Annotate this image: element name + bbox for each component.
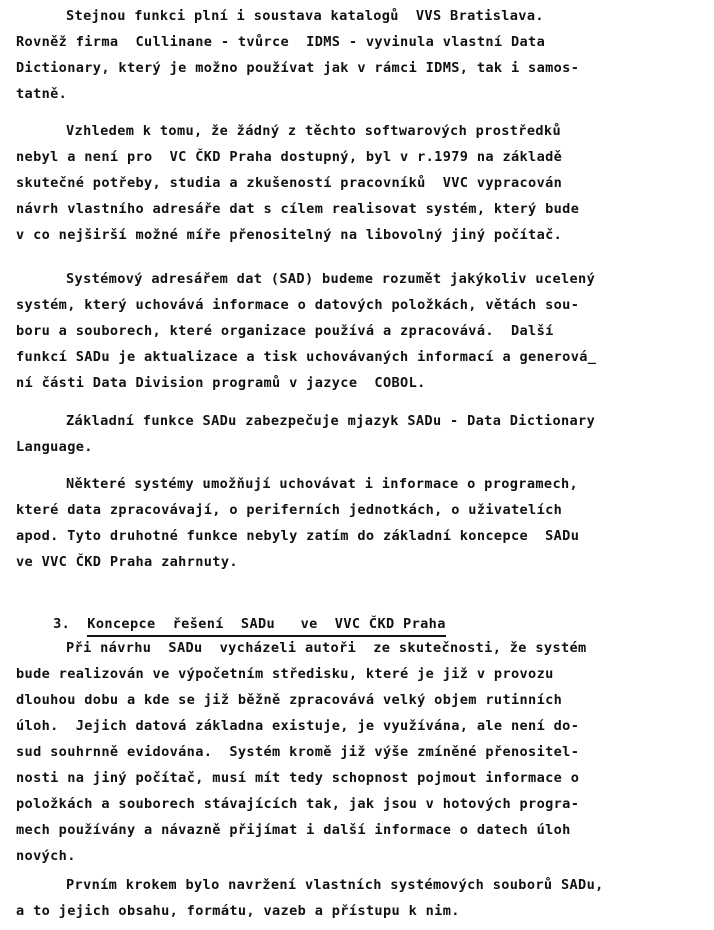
section-paragraph-1-line-1: Při návrhu SADu vycházeli autoři ze skut… [66, 639, 587, 657]
paragraph-3-line-3: boru a souborech, které organizace použí… [16, 322, 554, 340]
paragraph-5-line-4: ve VVC ČKD Praha zahrnuty. [16, 553, 238, 571]
section-number: 3. [53, 616, 70, 632]
section-paragraph-1-line-9: nových. [16, 847, 76, 865]
paragraph-2-line-2: nebyl a není pro VC ČKD Praha dostupný, … [16, 148, 562, 166]
paragraph-3-line-2: systém, který uchovává informace o datov… [16, 296, 579, 314]
paragraph-2-line-4: návrh vlastního adresáře dat s cílem rea… [16, 200, 579, 218]
section-paragraph-1-line-4: úloh. Jejich datová základna existuje, j… [16, 717, 579, 735]
section-paragraph-1-line-6: nosti na jiný počítač, musí mít tedy sch… [16, 769, 579, 787]
typewritten-page: Stejnou funkci plní i soustava katalogů … [0, 0, 714, 930]
section-paragraph-1-line-7: položkách a souborech stávajících tak, j… [16, 795, 579, 813]
section-paragraph-1-line-2: bude realizován ve výpočetním středisku,… [16, 665, 554, 683]
paragraph-3-line-5: ní části Data Division programů v jazyce… [16, 374, 426, 392]
paragraph-5-line-1: Některé systémy umožňují uchovávat i inf… [66, 475, 578, 493]
section-paragraph-1-line-3: dlouhou dobu a kde se již běžně zpracová… [16, 691, 562, 709]
section-paragraph-2-line-2: a to jejich obsahu, formátu, vazeb a pří… [16, 902, 460, 920]
paragraph-1-line-2: Rovněž firma Cullinane - tvůrce IDMS - v… [16, 33, 545, 51]
paragraph-2-line-5: v co nejširší možné míře přenositelný na… [16, 226, 562, 244]
paragraph-1-line-3: Dictionary, který je možno používat jak … [16, 59, 579, 77]
paragraph-3-line-1: Systémový adresářem dat (SAD) budeme roz… [66, 270, 595, 288]
paragraph-4-line-1: Základní funkce SADu zabezpečuje mjazyk … [66, 412, 595, 430]
section-paragraph-1-line-8: mech používány a návazně přijímat i dalš… [16, 821, 571, 839]
paragraph-5-line-3: apod. Tyto druhotné funkce nebyly zatím … [16, 527, 579, 545]
section-paragraph-1-line-5: sud souhrnně evidována. Systém kromě již… [16, 743, 579, 761]
paragraph-3-line-4: funkcí SADu je aktualizace a tisk uchová… [16, 348, 596, 366]
paragraph-1-line-4: tatně. [16, 85, 67, 103]
paragraph-2-line-3: skutečné potřeby, studia a zkušeností pr… [16, 174, 562, 192]
paragraph-2-line-1: Vzhledem k tomu, že žádný z těchto softw… [66, 122, 561, 140]
paragraph-5-line-2: které data zpracovávají, o periferních j… [16, 501, 562, 519]
section-title: Koncepce řešení SADu ve VVC ČKD Praha [87, 616, 445, 637]
section-paragraph-2-line-1: Prvním krokem bylo navržení vlastních sy… [66, 876, 604, 894]
paragraph-4-line-2: Language. [16, 438, 93, 456]
paragraph-1-line-1: Stejnou funkci plní i soustava katalogů … [66, 7, 544, 25]
